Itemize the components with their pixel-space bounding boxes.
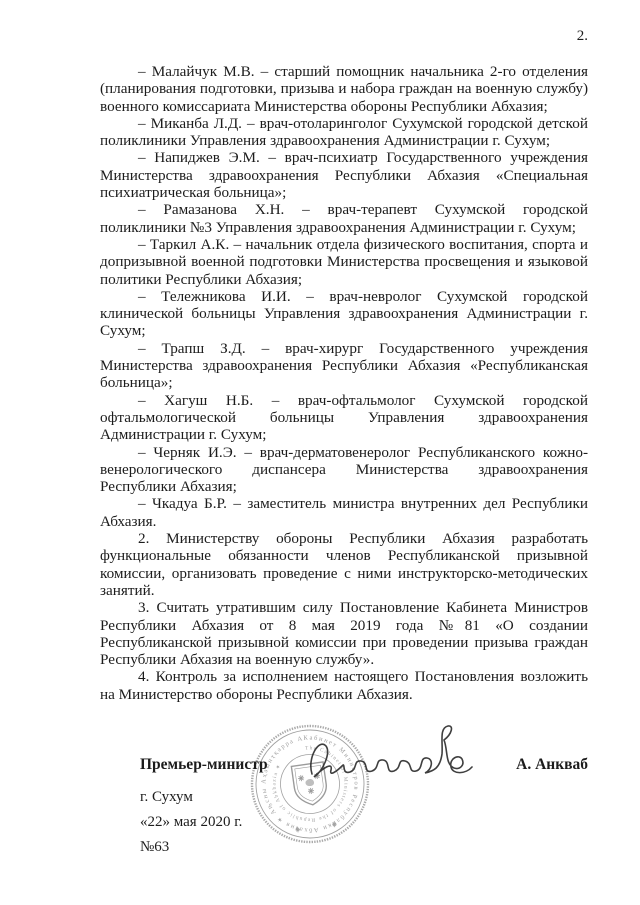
paragraph: 2. Министерству обороны Республики Абхаз…: [100, 530, 588, 599]
signature-scrawl: [298, 716, 478, 794]
paragraph: – Хагуш Н.Б. – врач-офтальмолог Сухумско…: [100, 392, 588, 444]
paragraph: 4. Контроль за исполнением настоящего По…: [100, 668, 588, 703]
paragraph: – Тележникова И.И. – врач-невролог Сухум…: [100, 288, 588, 340]
paragraph: – Малайчук М.В. – старший помощник начал…: [100, 63, 588, 115]
paragraph: – Напиджев Э.М. – врач-психиатр Государс…: [100, 149, 588, 201]
paragraph: – Таркил А.К. – начальник отдела физичес…: [100, 236, 588, 288]
document-number: №63: [140, 839, 169, 856]
issue-date: «22» мая 2020 г.: [140, 814, 242, 831]
issue-place: г. Сухум: [140, 789, 193, 806]
signer-title: Премьер-министр: [140, 756, 268, 774]
document-body: – Малайчук М.В. – старший помощник начал…: [100, 63, 588, 703]
document-page: 2. – Малайчук М.В. – старший помощник на…: [0, 0, 640, 905]
paragraph: 3. Считать утратившим силу Постановление…: [100, 599, 588, 668]
paragraph: – Миканба Л.Д. – врач-отоларинголог Суху…: [100, 115, 588, 150]
paragraph: – Рамазанова Х.Н. – врач-терапевт Сухумс…: [100, 201, 588, 236]
page-number: 2.: [577, 28, 588, 45]
paragraph: – Черняк И.Э. – врач-дерматовенеролог Ре…: [100, 444, 588, 496]
paragraph: – Трапш З.Д. – врач-хирург Государственн…: [100, 340, 588, 392]
paragraph: – Чкадуа Б.Р. – заместитель министра вну…: [100, 495, 588, 530]
signer-name: А. Анкваб: [516, 756, 588, 774]
